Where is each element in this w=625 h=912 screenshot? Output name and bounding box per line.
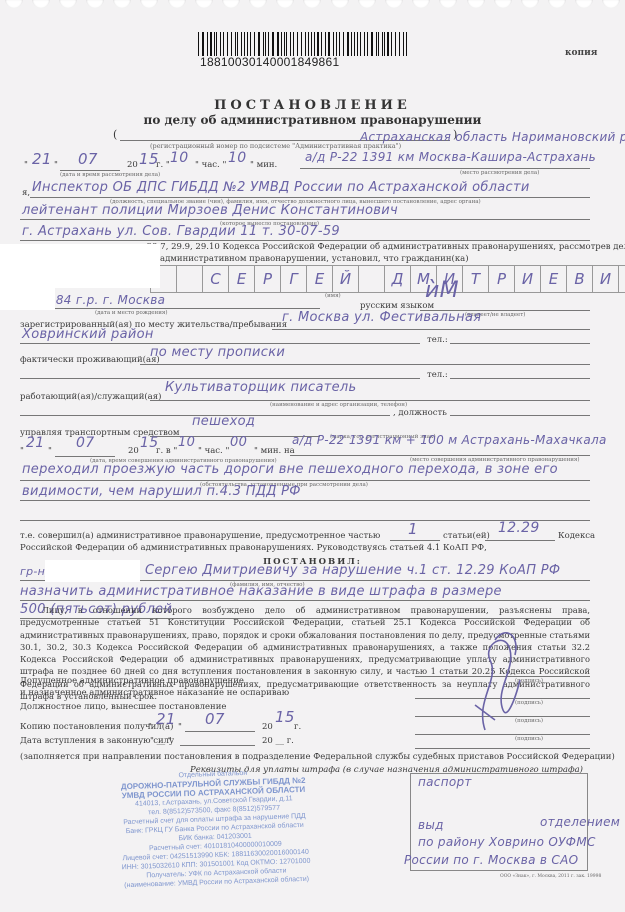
name-letter-cell: Г — [281, 266, 307, 292]
hw-part-number: 1 — [408, 520, 418, 538]
hw-violation-desc-2: видимости, чем нарушил п.4.3 ПДД РФ — [22, 484, 301, 499]
hw-copy-month: 07 — [205, 710, 225, 728]
hw-copy-day: 21 — [156, 710, 176, 728]
name-letter-cell: В — [567, 266, 593, 292]
hw-birth: 1984 г.р. г. Москва — [40, 293, 165, 307]
hw-article-number: 12.29 — [498, 520, 540, 536]
hw-day: 21 — [32, 150, 52, 168]
hw-violation-place: а/д Р-22 1391 км + 100 м Астрахань-Махач… — [292, 433, 607, 447]
hw-box-2: выд — [418, 818, 444, 832]
hw-hour: 10 — [170, 150, 188, 166]
hw-official-1: Инспектор ОБ ДПС ГИБДД №2 УМВД России по… — [32, 180, 530, 195]
name-letter-cell: Д — [385, 266, 411, 292]
hw-decision-1: Сергею Дмитриевичу за нарушение ч.1 ст. … — [145, 563, 560, 578]
name-letter-grid: СЕРГЕЙДМИТРИЕВИЧ — [150, 265, 625, 293]
hw-decision-2: назначить административное наказание в в… — [20, 584, 502, 599]
hw-place-1: Астраханская область Наримановский район — [360, 130, 625, 144]
hw-violation-desc-1: переходил проезжую часть дороги вне пеше… — [22, 462, 558, 477]
hw-official-2: лейтенант полиции Мирзоев Денис Констант… — [22, 203, 398, 218]
name-letter-cell: И — [515, 266, 541, 292]
document-title: ПОСТАНОВЛЕНИЕ — [0, 98, 625, 113]
name-letter-cell — [359, 266, 385, 292]
hw-month: 07 — [78, 150, 98, 168]
document-page: 18810030140001849861 копия ПОСТАНОВЛЕНИЕ… — [0, 0, 625, 912]
official-signed-label: Должностное лицо, вынесшее постановление — [20, 702, 226, 712]
hw-registered-1: г. Москва ул. Фестивальная — [282, 310, 481, 325]
hw-language-mark: ѝМ — [425, 278, 459, 303]
bailiff-note: (заполняется при направлении постановлен… — [20, 752, 615, 762]
police-stamp: Отдельный батальонДОРОЖНО-ПАТРУЛЬНОЙ СЛУ… — [88, 766, 342, 905]
name-letter-cell — [177, 266, 203, 292]
copy-label: копия — [565, 48, 597, 58]
barcode-number: 18810030140001849861 — [200, 55, 339, 69]
print-info: ООО «Знак», г. Москва, 2011 г. зак. 1999… — [500, 874, 601, 879]
hw-box-3: по району Ховрино ОУФМС — [418, 835, 596, 849]
name-letter-cell: Р — [489, 266, 515, 292]
name-letter-cell: Р — [255, 266, 281, 292]
name-letter-cell: Е — [541, 266, 567, 292]
perforation-holes — [0, 0, 625, 14]
hw-box-1: паспорт — [418, 775, 472, 789]
redaction — [45, 560, 140, 582]
name-letter-cell: Е — [307, 266, 333, 292]
name-letter-cell: С — [203, 266, 229, 292]
hw-work: Культиваторщик писатель — [165, 380, 357, 395]
hw-actual-residence: по месту прописки — [150, 345, 285, 360]
hw-registered-2: Ховринский район — [22, 327, 154, 342]
name-letter-cell: Ч — [619, 266, 625, 292]
hw-copy-year: 15 — [275, 708, 295, 726]
barcode — [198, 32, 408, 56]
hw-place-2: а/д Р-22 1391 км Москва-Кашира-Астрахань — [305, 150, 596, 164]
signature — [465, 620, 525, 740]
hw-minute: 10 — [228, 150, 246, 166]
hw-vehicle: пешеход — [192, 414, 255, 429]
name-letter-cell: Е — [229, 266, 255, 292]
redaction — [0, 258, 55, 310]
document-subtitle: по делу об административном правонарушен… — [0, 113, 625, 127]
name-letter-cell: Т — [463, 266, 489, 292]
hw-official-3: г. Астрахань ул. Сов. Гвардии 11 т. 30-0… — [22, 224, 340, 239]
name-letter-cell: Й — [333, 266, 359, 292]
name-letter-cell: И — [593, 266, 619, 292]
hw-box-4: России по г. Москва в САО — [404, 853, 578, 867]
